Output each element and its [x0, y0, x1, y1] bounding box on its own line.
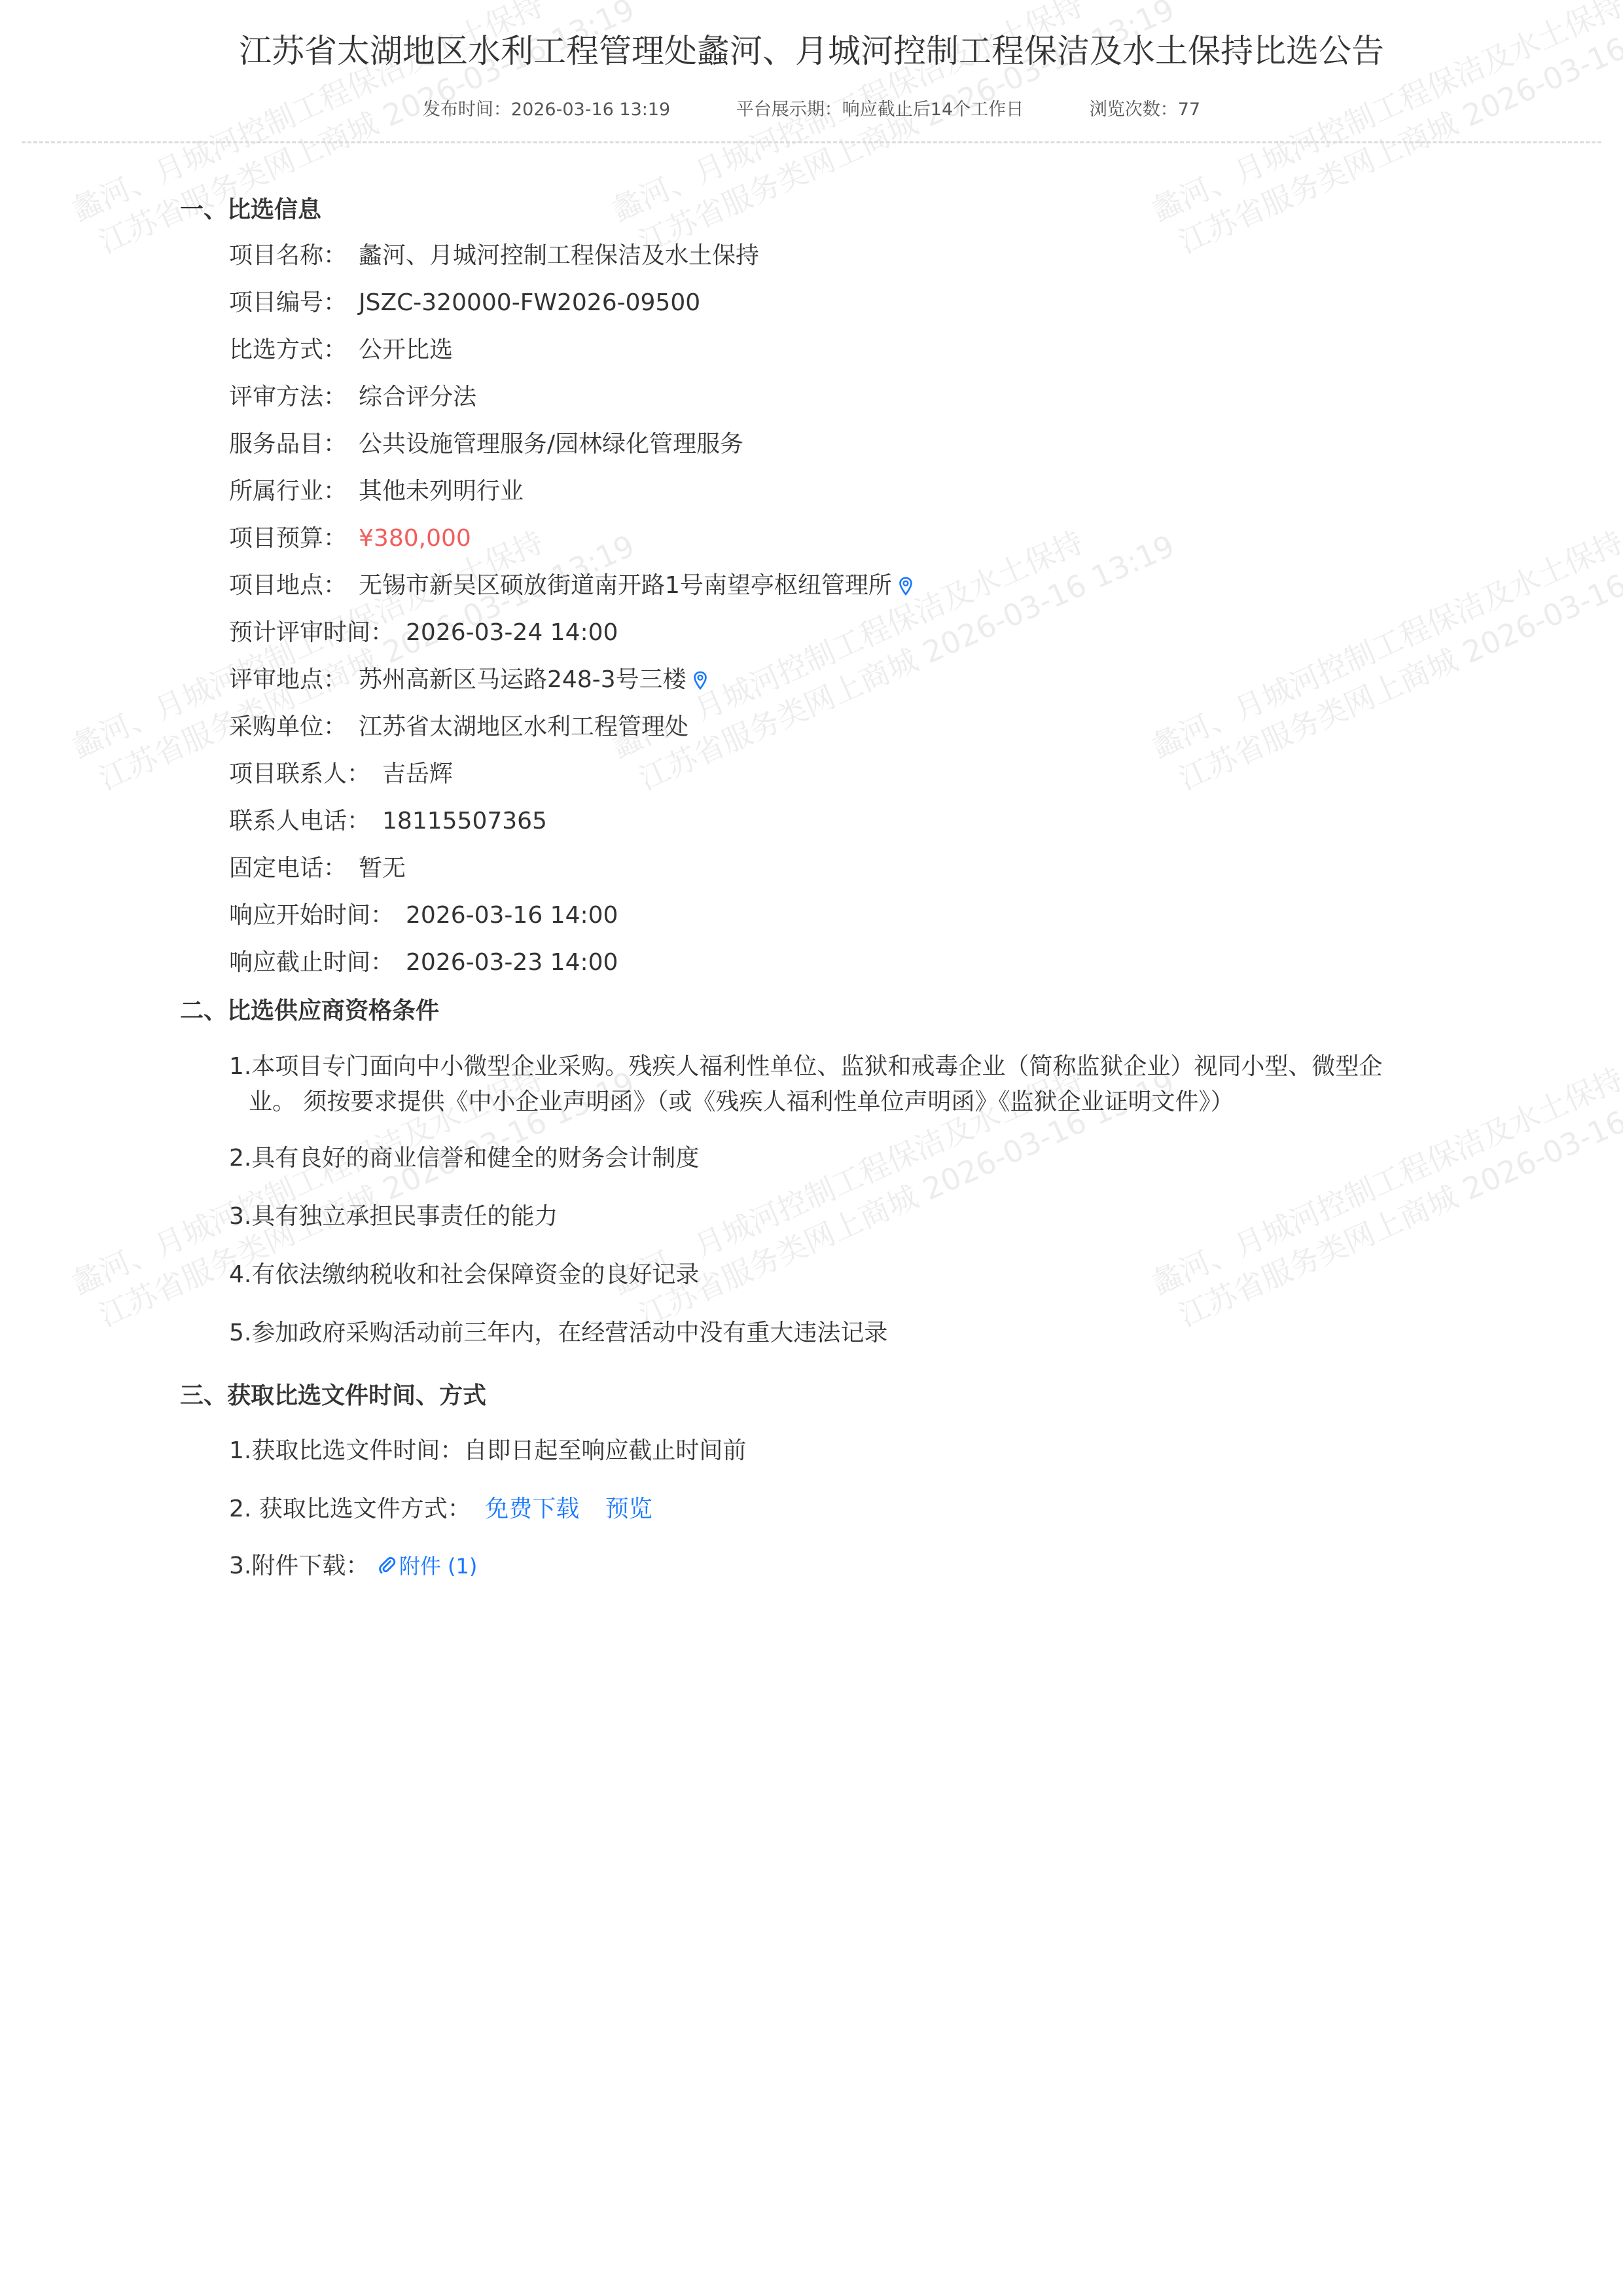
paperclip-icon	[377, 1555, 397, 1575]
free-download-link[interactable]: 免费下载	[485, 1496, 579, 1522]
publish-time: 发布时间：2026-03-16 13:19	[423, 99, 670, 120]
map-pin-icon[interactable]	[899, 577, 913, 596]
info-row-project-number: 项目编号：JSZC-320000-FW2026-09500	[229, 284, 700, 317]
info-row-review-location: 评审地点：苏州高新区马运路248-3号三楼	[229, 661, 707, 694]
info-row-contact-person: 项目联系人：吉岳辉	[229, 755, 453, 789]
qualification-item: 4.有依法缴纳税收和社会保障资金的良好记录	[229, 1257, 1420, 1293]
info-row-service-category: 服务品目：公共设施管理服务/园林绿化管理服务	[229, 425, 743, 459]
view-count: 浏览次数：77	[1090, 99, 1200, 120]
watermark: 蠡河、月城河控制工程保洁及水土保持江苏省服务类网上商城 2026-03-16 1…	[605, 488, 1181, 804]
preview-link[interactable]: 预览	[605, 1496, 652, 1522]
info-row-response-deadline: 响应截止时间：2026-03-23 14:00	[229, 944, 618, 977]
info-row-review-time: 预计评审时间：2026-03-24 14:00	[229, 614, 618, 647]
obtain-method-item: 2. 获取比选文件方式： 免费下载 预览	[229, 1492, 1420, 1527]
dashed-divider	[22, 141, 1601, 143]
section-heading-qualifications: 二、比选供应商资格条件	[180, 992, 439, 1026]
attachment-link[interactable]: 附件 (1)	[377, 1554, 478, 1579]
obtain-time-item: 1.获取比选文件时间：自即日起至响应截止时间前	[229, 1433, 1420, 1469]
meta-info: 发布时间：2026-03-16 13:19 平台展示期：响应截止后14个工作日 …	[0, 95, 1623, 120]
section-heading-obtain-documents: 三、获取比选文件时间、方式	[180, 1377, 486, 1410]
info-row-budget: 项目预算：¥380,000	[229, 520, 471, 553]
attachment-item: 3.附件下载： 附件 (1)	[229, 1549, 1420, 1584]
qualification-item: 1.本项目专门面向中小微型企业采购。残疾人福利性单位、监狱和戒毒企业（简称监狱企…	[229, 1049, 1420, 1120]
qualification-item: 5.参加政府采购活动前三年内，在经营活动中没有重大违法记录	[229, 1316, 1420, 1351]
budget-value: ¥380,000	[359, 525, 471, 552]
display-period: 平台展示期：响应截止后14个工作日	[736, 99, 1024, 120]
info-row-response-start: 响应开始时间：2026-03-16 14:00	[229, 897, 618, 930]
info-row-selection-method: 比选方式：公开比选	[229, 331, 453, 365]
watermark: 蠡河、月城河控制工程保洁及水土保持江苏省服务类网上商城 2026-03-16 1…	[1145, 488, 1623, 804]
qualification-item: 3.具有独立承担民事责任的能力	[229, 1199, 1420, 1234]
info-row-project-name: 项目名称：蠡河、月城河控制工程保洁及水土保持	[229, 237, 759, 270]
page-title: 江苏省太湖地区水利工程管理处蠡河、月城河控制工程保洁及水土保持比选公告	[0, 25, 1623, 72]
info-row-landline: 固定电话：暂无	[229, 850, 406, 883]
section-heading-info: 一、比选信息	[180, 191, 321, 224]
info-row-purchaser: 采购单位：江苏省太湖地区水利工程管理处	[229, 708, 688, 742]
map-pin-icon[interactable]	[693, 671, 707, 691]
qualification-item: 2.具有良好的商业信誉和健全的财务会计制度	[229, 1141, 1420, 1176]
info-row-project-location: 项目地点：无锡市新吴区硕放街道南开路1号南望亭枢纽管理所	[229, 567, 913, 600]
info-row-review-method: 评审方法：综合评分法	[229, 378, 476, 412]
info-row-contact-phone: 联系人电话：18115507365	[229, 802, 547, 836]
info-row-industry: 所属行业：其他未列明行业	[229, 473, 524, 506]
